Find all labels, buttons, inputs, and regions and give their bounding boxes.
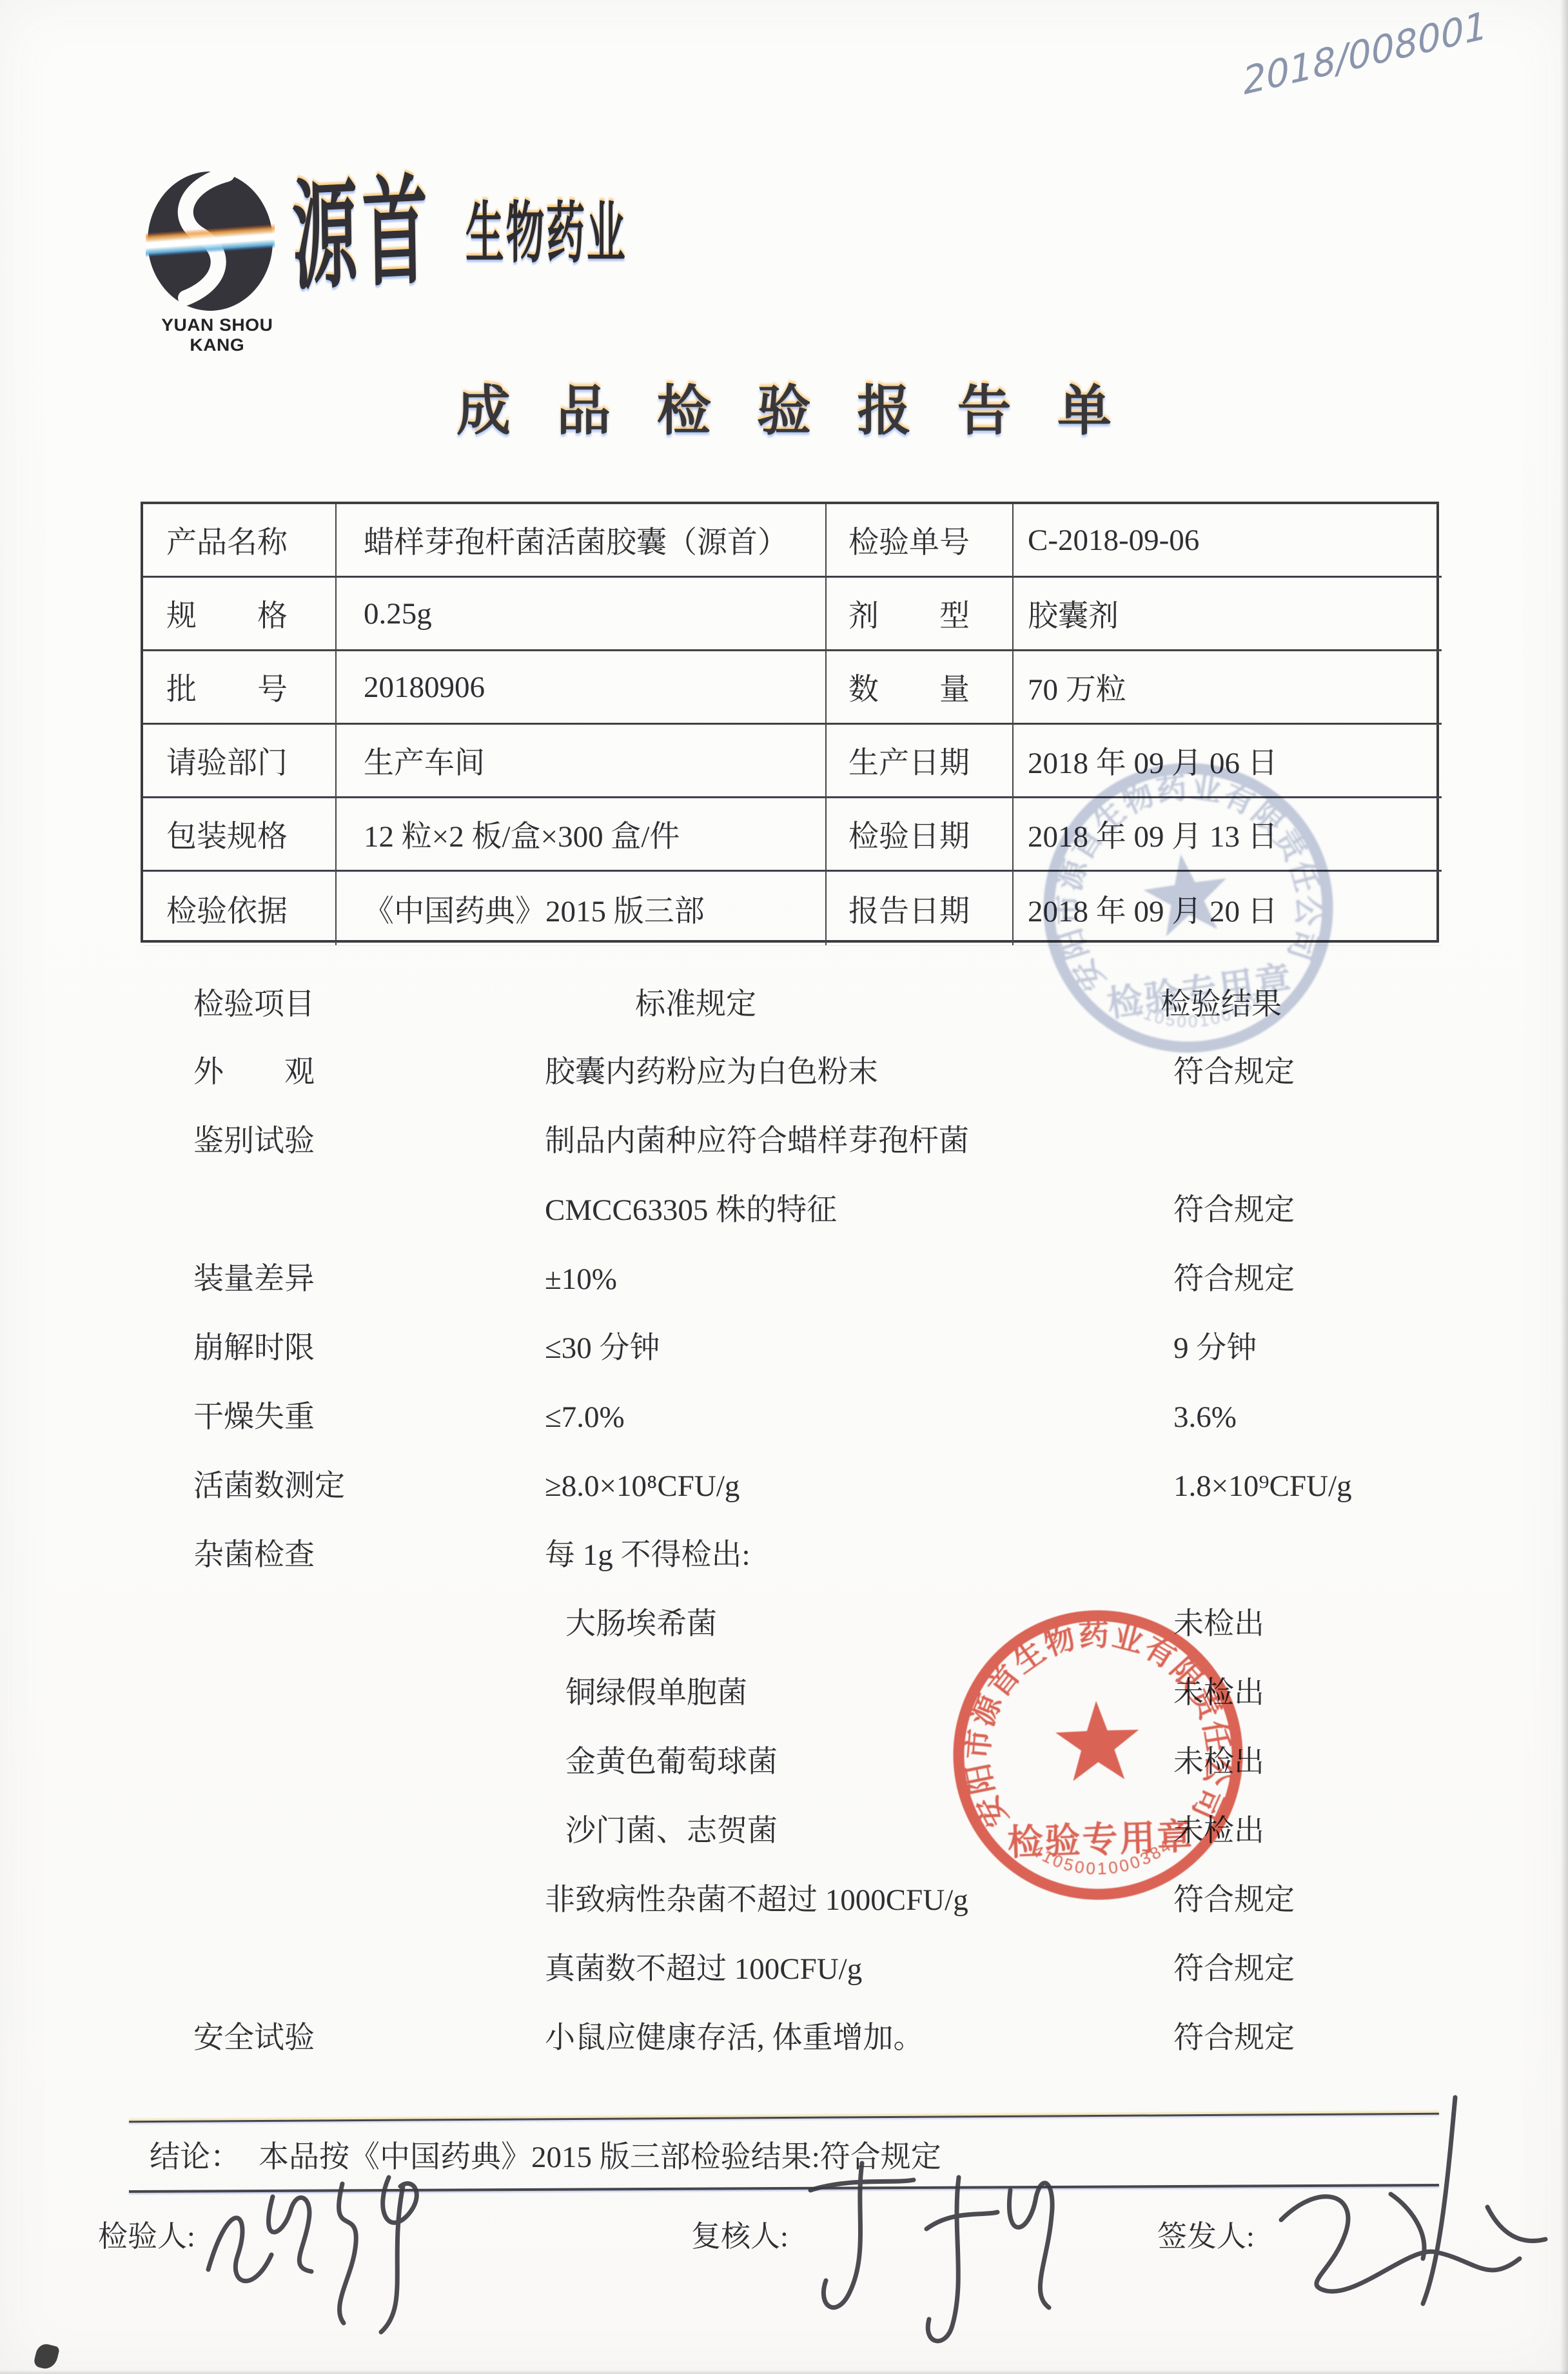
table-label: 生产日期: [827, 725, 1014, 798]
result-row: 真菌数不超过 100CFU/g符合规定: [0, 1946, 1568, 1992]
info-table: 产品名称蜡样芽孢杆菌活菌胶囊（源首）检验单号C-2018-09-06规 格0.2…: [141, 502, 1439, 943]
table-label: 包装规格: [143, 798, 337, 872]
result-standard: ≤7.0%: [545, 1394, 625, 1440]
table-label: 产品名称: [143, 504, 337, 578]
table-value: 20180906: [337, 651, 827, 725]
results-header-item: 检验项目: [193, 980, 315, 1023]
result-row: 活菌数测定≥8.0×10⁸CFU/g1.8×10⁹CFU/g: [0, 1463, 1568, 1509]
result-standard: 金黄色葡萄球菌: [565, 1739, 778, 1785]
results-header-result: 检验结果: [1161, 980, 1282, 1023]
inspector-signature-scribble: [190, 2157, 500, 2357]
result-row: 鉴别试验制品内菌种应符合蜡样芽孢杆菌: [0, 1118, 1568, 1164]
table-value: 0.25g: [337, 578, 827, 651]
result-item-name: 安全试验: [193, 2015, 315, 2061]
table-value: 《中国药典》2015 版三部: [337, 872, 827, 945]
result-item-name: 崩解时限: [193, 1325, 315, 1371]
result-standard: 非致病性杂菌不超过 1000CFU/g: [545, 1877, 968, 1923]
result-value: 3.6%: [1173, 1394, 1237, 1440]
table-label: 数 量: [827, 651, 1014, 725]
result-item-name: 鉴别试验: [193, 1118, 315, 1164]
page-title: 成 品 检 验 报 告 单: [0, 368, 1568, 446]
svg-text:0: 0: [1128, 1852, 1142, 1873]
result-value: 符合规定: [1173, 1256, 1295, 1302]
reviewer-label: 复核人:: [691, 2213, 789, 2255]
handwritten-number: 2018/008001: [1241, 0, 1509, 103]
scan-edge-shade-right: [1560, 0, 1568, 2374]
table-label: 检验依据: [143, 872, 337, 945]
result-value: 1.8×10⁹CFU/g: [1173, 1463, 1352, 1509]
table-label: 剂 型: [827, 578, 1014, 651]
logo-company-name: 生物药业: [465, 200, 627, 266]
svg-text:0: 0: [1107, 1858, 1119, 1878]
company-logo-icon: [146, 169, 275, 318]
table-value: 生产车间: [337, 725, 827, 798]
table-value: 12 粒×2 板/盒×300 盒/件: [337, 798, 827, 872]
result-row: 崩解时限≤30 分钟9 分钟: [0, 1325, 1568, 1371]
svg-text:0: 0: [1073, 1857, 1086, 1878]
inspection-report-page: 2018/008001 源首 生物药业 YUAN SHOU KANG 成 品 检…: [0, 0, 1568, 2374]
svg-text:0: 0: [1117, 1855, 1131, 1876]
result-standard: 每 1g 不得检出:: [545, 1532, 750, 1578]
table-label: 检验单号: [827, 504, 1014, 578]
result-item-name: 外 观: [193, 1049, 315, 1095]
table-value: 胶囊剂: [1014, 578, 1442, 651]
result-row: 金黄色葡萄球菌未检出: [0, 1739, 1568, 1785]
scan-corner-mark: [33, 2342, 60, 2371]
result-row: 大肠埃希菌未检出: [0, 1601, 1568, 1647]
result-value: 符合规定: [1173, 1877, 1295, 1923]
issuer-signature-scribble: [1241, 2086, 1568, 2350]
result-standard: CMCC63305 株的特征: [545, 1187, 837, 1233]
result-row: 干燥失重≤7.0%3.6%: [0, 1394, 1568, 1440]
result-item-name: 杂菌检查: [193, 1532, 315, 1578]
result-value: 符合规定: [1173, 1049, 1295, 1095]
result-standard: 制品内菌种应符合蜡样芽孢杆菌: [545, 1118, 969, 1164]
result-standard: 胶囊内药粉应为白色粉末: [545, 1049, 878, 1095]
result-row: 非致病性杂菌不超过 1000CFU/g符合规定: [0, 1877, 1568, 1923]
results-header-standard: 标准规定: [635, 980, 756, 1023]
table-value: 2018 年 09 月 20 日: [1014, 872, 1442, 945]
result-row: 杂菌检查每 1g 不得检出:: [0, 1532, 1568, 1578]
result-row: 沙门菌、志贺菌未检出: [0, 1808, 1568, 1854]
result-standard: 铜绿假单胞菌: [565, 1670, 747, 1716]
result-row: 安全试验小鼠应健康存活, 体重增加。符合规定: [0, 2015, 1568, 2061]
inspector-label: 检验人:: [98, 2213, 195, 2255]
svg-text:0: 0: [1086, 1858, 1096, 1878]
table-label: 规 格: [143, 578, 337, 651]
results-header: 检验项目 标准规定 检验结果: [0, 980, 1568, 1026]
table-value: 70 万粒: [1014, 651, 1442, 725]
result-value: 9 分钟: [1173, 1325, 1257, 1371]
result-row: CMCC63305 株的特征符合规定: [0, 1187, 1568, 1233]
issuer-label: 签发人:: [1157, 2213, 1255, 2255]
table-value: 2018 年 09 月 06 日: [1014, 725, 1442, 798]
result-item-name: 活菌数测定: [193, 1463, 345, 1509]
logo-company-name-en: YUAN SHOU KANG: [137, 315, 298, 355]
result-value: 未检出: [1173, 1601, 1264, 1647]
result-row: 外 观胶囊内药粉应为白色粉末符合规定: [0, 1049, 1568, 1095]
result-standard: 大肠埃希菌: [565, 1601, 717, 1647]
result-item-name: 干燥失重: [193, 1394, 315, 1440]
result-standard: 小鼠应健康存活, 体重增加。: [545, 2015, 924, 2061]
result-standard: 真菌数不超过 100CFU/g: [545, 1946, 862, 1992]
result-standard: ≥8.0×10⁸CFU/g: [545, 1463, 740, 1509]
result-standard: ±10%: [545, 1256, 617, 1302]
scan-edge-shade-bottom: [0, 2370, 1568, 2374]
result-value: 符合规定: [1173, 1946, 1295, 1992]
result-standard: 沙门菌、志贺菌: [565, 1808, 778, 1854]
reviewer-signature-scribble: [796, 2150, 1073, 2363]
result-value: 未检出: [1173, 1739, 1264, 1785]
result-value: 未检出: [1173, 1670, 1264, 1716]
svg-text:5: 5: [1062, 1854, 1076, 1876]
logo-company-name-stylized: 源首: [291, 173, 433, 298]
table-value: 2018 年 09 月 13 日: [1014, 798, 1442, 872]
table-value: C-2018-09-06: [1014, 504, 1442, 578]
result-value: 符合规定: [1173, 1187, 1295, 1233]
result-row: 铜绿假单胞菌未检出: [0, 1670, 1568, 1716]
result-standard: ≤30 分钟: [545, 1325, 660, 1371]
svg-text:1: 1: [1097, 1859, 1107, 1878]
table-value: 蜡样芽孢杆菌活菌胶囊（源首）: [337, 504, 827, 578]
result-row: 装量差异±10%符合规定: [0, 1256, 1568, 1302]
result-value: 未检出: [1173, 1808, 1264, 1854]
table-label: 检验日期: [827, 798, 1014, 872]
table-label: 请验部门: [143, 725, 337, 798]
table-label: 批 号: [143, 651, 337, 725]
result-item-name: 装量差异: [193, 1256, 315, 1302]
table-label: 报告日期: [827, 872, 1014, 945]
result-value: 符合规定: [1173, 2015, 1295, 2061]
